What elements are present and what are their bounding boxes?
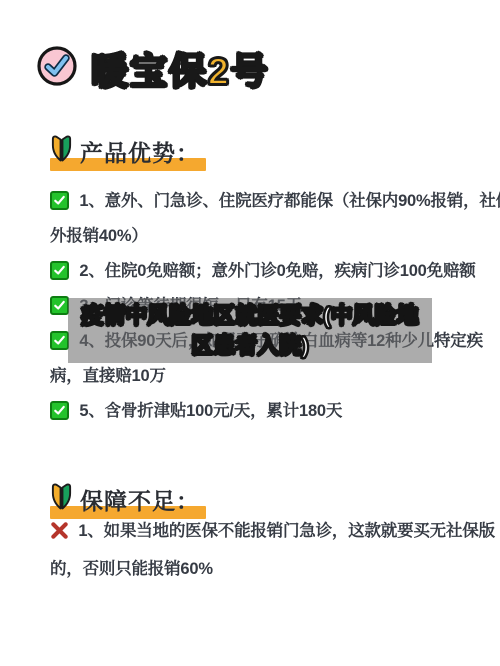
list-item-text: 1、如果当地的医保不能报销门急诊，这款就要买无社保版 xyxy=(78,522,494,540)
section-heading-label: 产品优势： xyxy=(80,135,200,168)
list-item-text: 2、住院0免赔额；意外门诊0免赔，疾病门诊100免赔额 xyxy=(79,262,475,280)
list-item: 1、如果当地的医保不能报销门急诊，这款就要买无社保版 xyxy=(50,512,482,550)
list-item: 2、住院0免赔额；意外门诊0免赔，疾病门诊100免赔额 xyxy=(50,254,482,289)
section-heading-advantages: 产品优势： xyxy=(50,132,200,170)
check-icon xyxy=(50,191,69,210)
list-item-text: 的，否则只能报销60% xyxy=(50,560,213,578)
brand-title: 暖宝保2号 xyxy=(91,41,270,95)
beginner-mark-icon xyxy=(50,133,73,169)
check-icon xyxy=(50,261,69,280)
overlay-title-line-1: 疫情中风险地区就医要求(中风险地 xyxy=(81,301,418,331)
check-icon xyxy=(50,401,69,420)
list-item-continuation: 外报销40%） xyxy=(50,219,482,254)
list-item: 1、意外、门急诊、住院医疗都能保（社保内90%报销，社保 xyxy=(50,184,482,219)
list-item: 5、含骨折津贴100元/天，累计180天 xyxy=(50,394,482,429)
check-circle-icon xyxy=(36,45,78,92)
check-icon xyxy=(50,296,69,315)
section-heading-shortcomings: 保障不足： xyxy=(50,480,200,518)
list-item-text: 外报销40%） xyxy=(50,227,148,245)
list-item-text: 1、意外、门急诊、住院医疗都能保（社保内90%报销，社保 xyxy=(79,192,500,210)
check-icon xyxy=(50,331,69,350)
overlay-title-line-2: 区患者入院) xyxy=(191,331,308,361)
brand-header: 暖宝保2号 xyxy=(36,42,270,94)
overlay-banner: 疫情中风险地区就医要求(中风险地 区患者入院) xyxy=(68,298,432,363)
shortcomings-list: 1、如果当地的医保不能报销门急诊，这款就要买无社保版 的，否则只能报销60% xyxy=(50,512,482,588)
cross-icon xyxy=(50,516,69,535)
section-heading-label: 保障不足： xyxy=(80,483,200,516)
list-item-continuation: 病，直接赔10万 xyxy=(50,359,482,394)
list-item-continuation: 的，否则只能报销60% xyxy=(50,550,482,588)
list-item-text: 5、含骨折津贴100元/天，累计180天 xyxy=(79,402,342,420)
list-item-text: 病，直接赔10万 xyxy=(50,367,166,385)
beginner-mark-icon xyxy=(50,481,73,517)
